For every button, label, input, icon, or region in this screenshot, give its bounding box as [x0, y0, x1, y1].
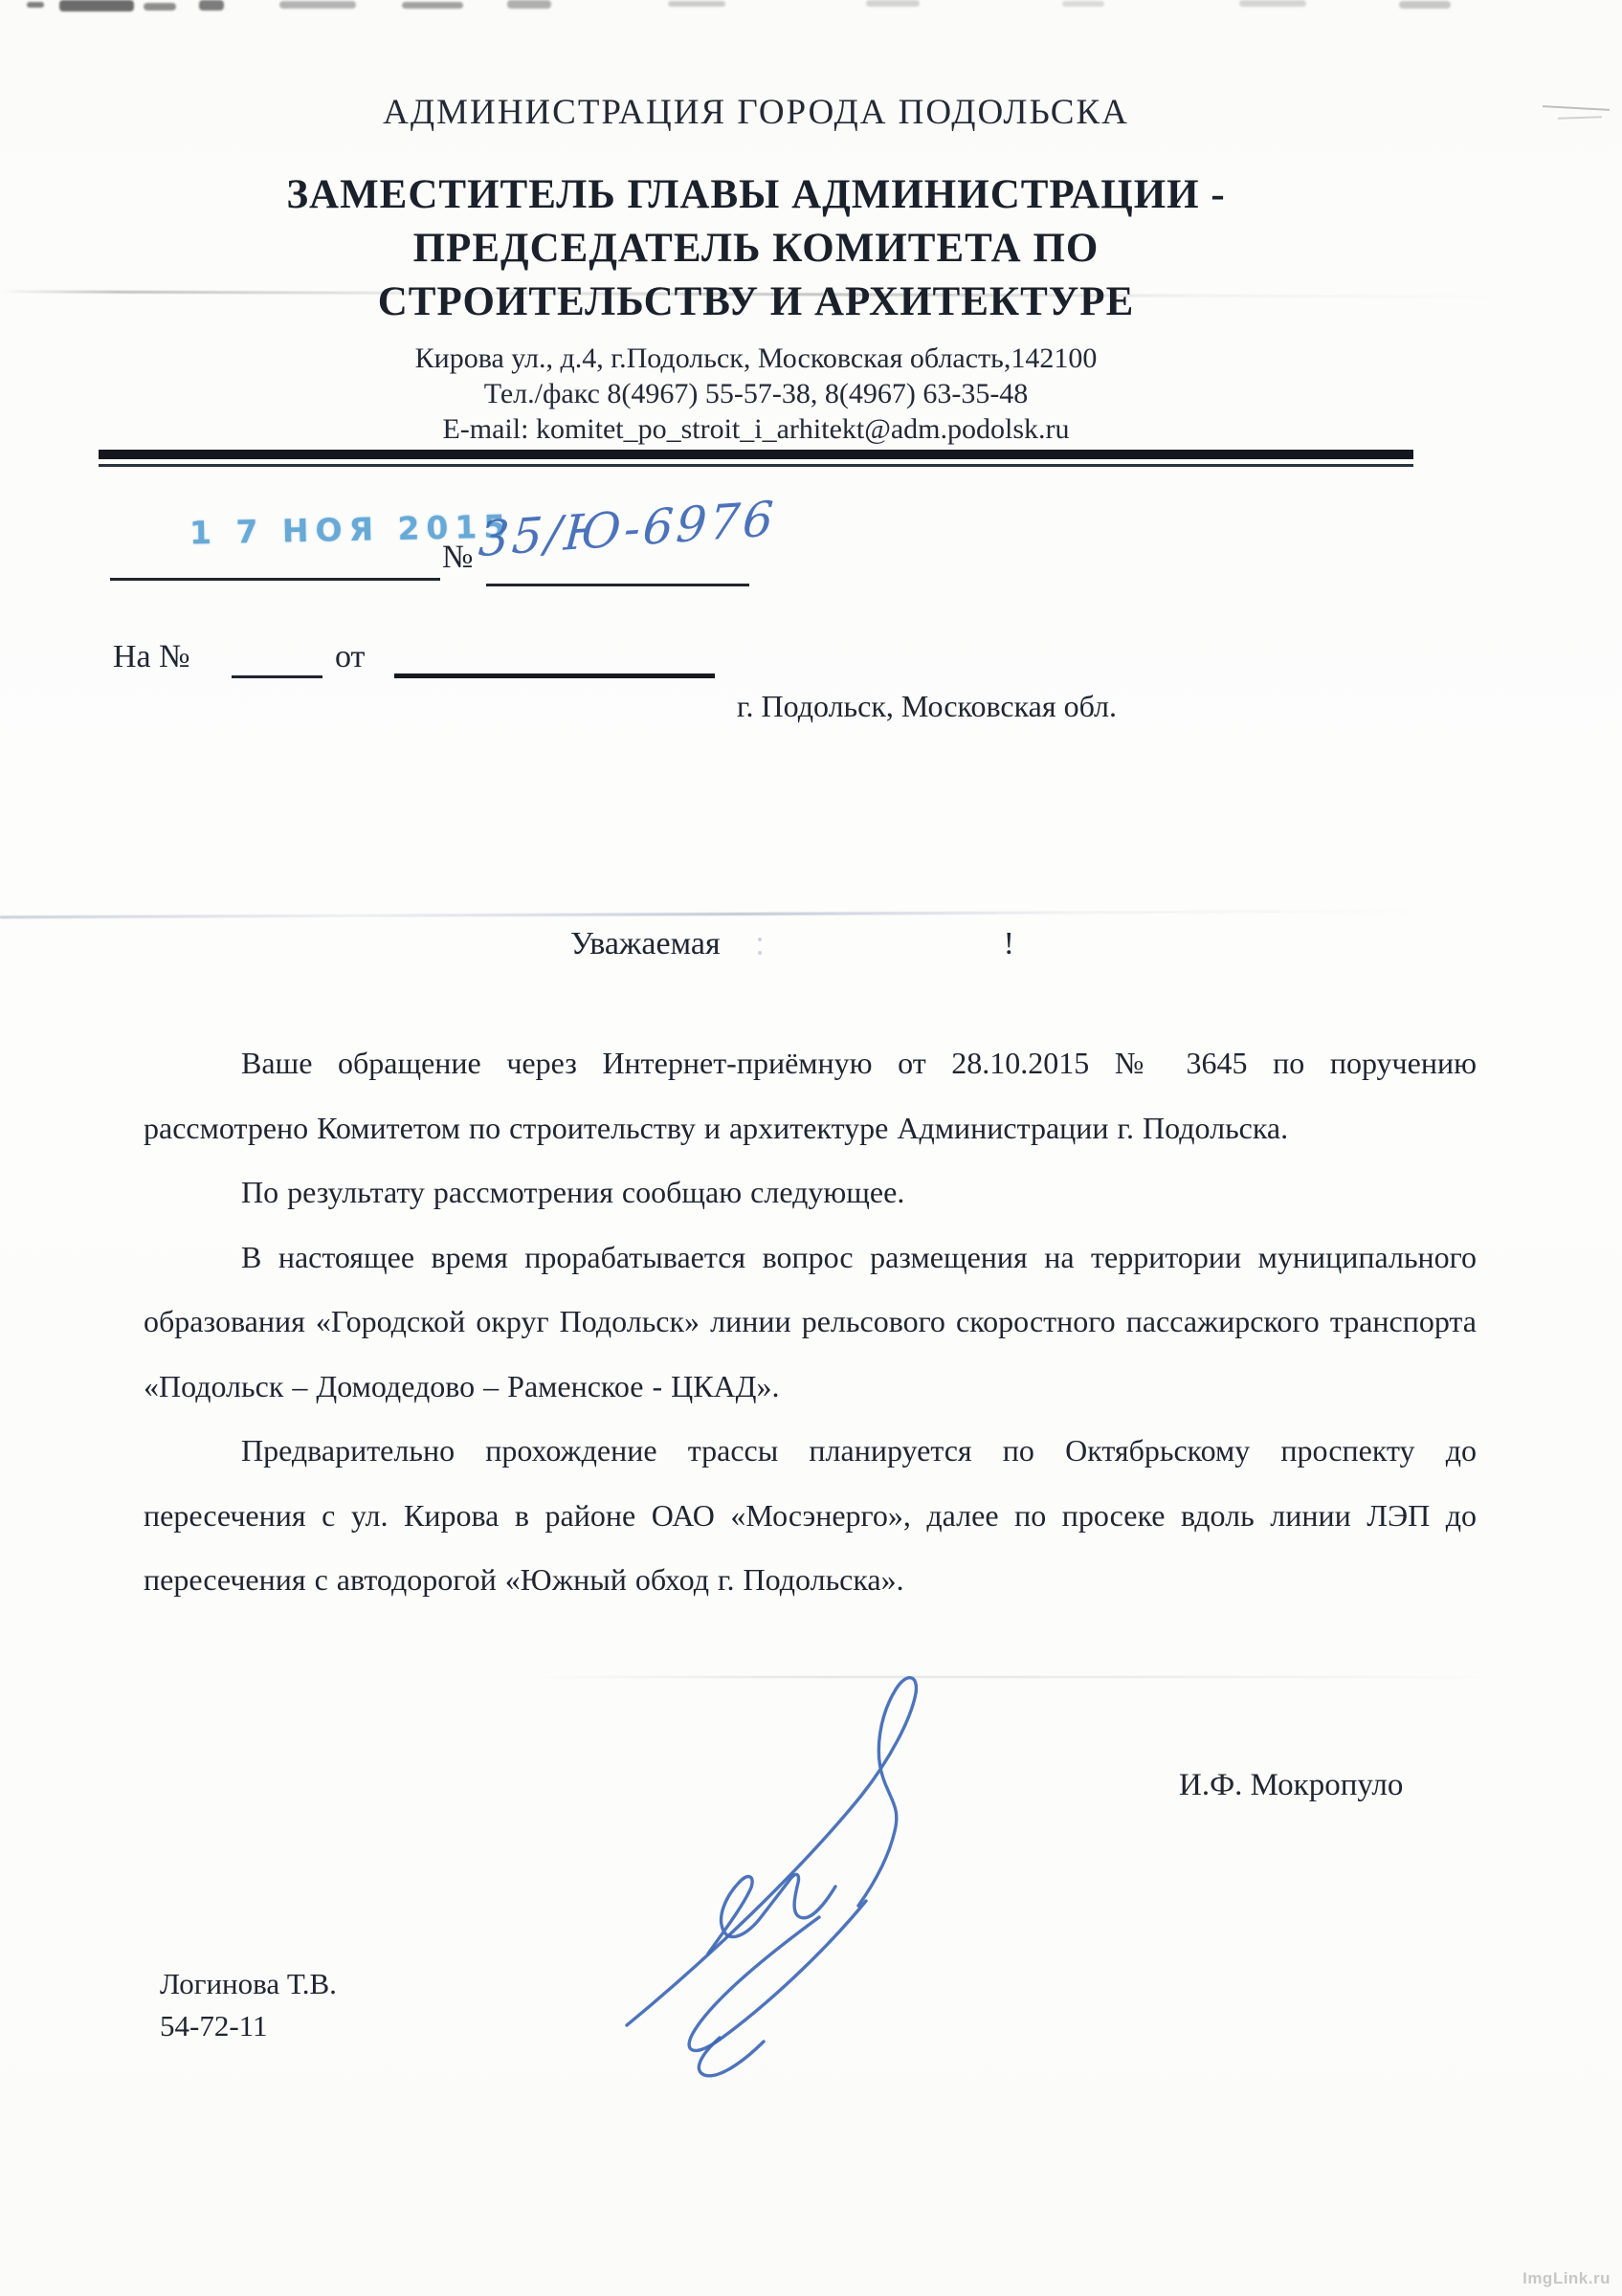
place-line: г. Подольск, Московская обл. — [737, 689, 1117, 724]
letterhead-contacts: Кирова ул., д.4, г.Подольск, Московская … — [96, 341, 1416, 447]
scan-smudge — [199, 0, 224, 11]
scanned-letter-page: АДМИНИСТРАЦИЯ ГОРОДА ПОДОЛЬСКА ЗАМЕСТИТЕ… — [0, 0, 1622, 2296]
outgoing-number-handwritten: 35/Ю-6976 — [477, 491, 778, 567]
number-underline — [486, 584, 749, 586]
reply-from-label: от — [335, 639, 365, 675]
scan-smudge — [668, 1, 725, 7]
header-separator-rule — [99, 450, 1413, 459]
official-title: ЗАМЕСТИТЕЛЬ ГЛАВЫ АДМИНИСТРАЦИИ - ПРЕДСЕ… — [96, 168, 1416, 329]
phone-line: Тел./факс 8(4967) 55-57-38, 8(4967) 63-3… — [96, 376, 1416, 411]
reply-number-label: На № — [113, 639, 190, 675]
signature-stroke — [699, 2038, 764, 2076]
scan-smudge — [59, 0, 134, 11]
scan-smudge — [27, 2, 44, 8]
outgoing-number-label: № — [442, 540, 473, 576]
scan-smudge — [144, 3, 176, 11]
signature-stroke — [708, 1874, 835, 1954]
letter-body: Ваше обращение через Интернет-приёмную о… — [144, 1031, 1477, 1613]
edge-crease-mark — [1543, 105, 1610, 111]
salutation-exclamation: ! — [1004, 926, 1014, 961]
scan-smudge — [402, 2, 463, 9]
official-title-line-3: СТРОИТЕЛЬСТВУ И АРХИТЕКТУРЕ — [96, 276, 1416, 329]
scan-smudge — [1399, 1, 1451, 9]
signature-stroke — [627, 1678, 916, 2025]
body-paragraph-1: Ваше обращение через Интернет-приёмную о… — [144, 1031, 1477, 1160]
official-title-line-2: ПРЕДСЕДАТЕЛЬ КОМИТЕТА ПО — [96, 222, 1416, 276]
signatory-name: И.Ф. Мокропуло — [1179, 1768, 1403, 1803]
scan-smudge — [507, 0, 551, 9]
reply-date-blank — [394, 673, 715, 678]
scan-smudge — [1062, 1, 1104, 7]
edge-crease-mark — [1558, 116, 1602, 120]
date-underline — [110, 578, 440, 581]
salutation-text: Уважаемая — [570, 926, 721, 961]
salutation: Уважаемая! — [570, 926, 1014, 962]
address-line: Кирова ул., д.4, г.Подольск, Московская … — [96, 341, 1416, 376]
scan-smudge — [279, 1, 356, 9]
executor-phone: 54-72-11 — [160, 2009, 268, 2043]
body-paragraph-4: Предварительно прохождение трассы планир… — [144, 1419, 1477, 1613]
scan-smudge — [1239, 0, 1306, 7]
reply-number-blank — [232, 675, 322, 678]
email-line: E-mail: komitet_po_stroit_i_arhitekt@adm… — [96, 411, 1416, 447]
scan-smudge — [866, 0, 920, 7]
organization-name: АДМИНИСТРАЦИЯ ГОРОДА ПОДОЛЬСКА — [96, 92, 1416, 133]
body-paragraph-3: В настоящее время прорабатывается вопрос… — [144, 1225, 1477, 1420]
header-separator-rule-thin — [99, 464, 1413, 467]
official-title-line-1: ЗАМЕСТИТЕЛЬ ГЛАВЫ АДМИНИСТРАЦИИ - — [96, 168, 1416, 222]
handwritten-signature — [574, 1638, 1110, 2087]
executor-name: Логинова Т.В. — [160, 1967, 337, 2001]
watermark: ImgLink.ru — [1522, 2269, 1611, 2288]
paper-crease — [0, 910, 1426, 919]
signature-stroke — [689, 1901, 866, 2050]
body-paragraph-2: По результату рассмотрения сообщаю следу… — [144, 1160, 1477, 1225]
